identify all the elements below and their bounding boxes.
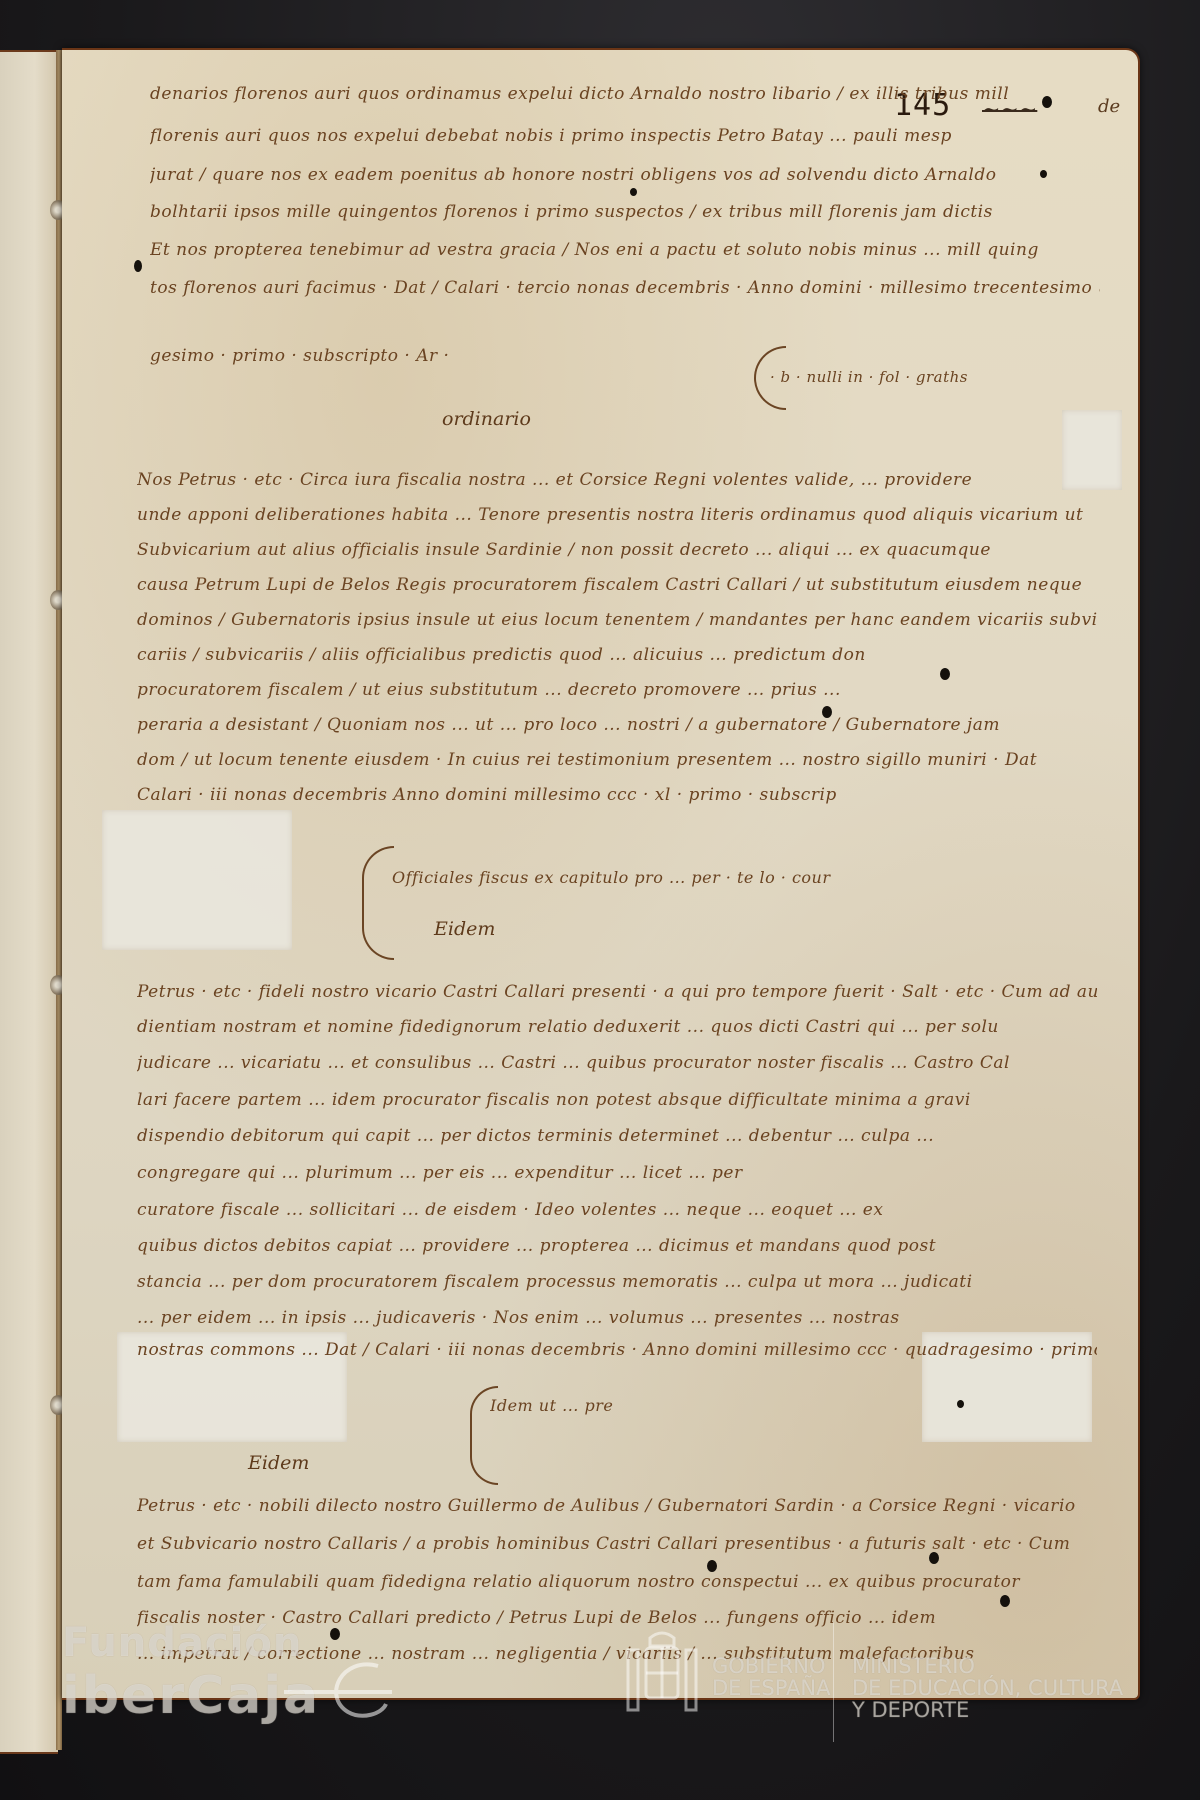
text-line: bolhtarii ipsos mille quingentos floreno… bbox=[150, 202, 1100, 222]
watermark-ministerio-line2: DE EDUCACIÓN, CULTURA bbox=[852, 1677, 1123, 1699]
wormhole bbox=[1040, 170, 1047, 178]
text-line: unde apponi deliberationes habita ... Te… bbox=[137, 505, 1097, 525]
marginal-note: Officiales fiscus ex capitulo pro ... pe… bbox=[392, 868, 972, 887]
text-line: dispendio debitorum qui capit ... per di… bbox=[137, 1126, 1097, 1146]
text-line: Nos Petrus · etc · Circa iura fiscalia n… bbox=[137, 470, 1097, 490]
text-line: peraria a desistant / Quoniam nos ... ut… bbox=[137, 715, 1097, 735]
entry-heading: ordinario bbox=[442, 408, 531, 430]
wormhole bbox=[1042, 96, 1052, 108]
text-line: denarios florenos auri quos ordinamus ex… bbox=[150, 84, 1100, 104]
watermark-fundacion: Fundación bbox=[62, 1620, 302, 1666]
watermark-ministerio-line3: Y DEPORTE bbox=[852, 1699, 1123, 1721]
wormhole bbox=[707, 1560, 717, 1572]
watermark-gobierno-line1: GOBIERNO bbox=[712, 1655, 830, 1677]
text-line: cariis / subvicariis / aliis officialibu… bbox=[137, 645, 1097, 665]
text-line: procuratorem fiscalem / ut eius substitu… bbox=[137, 680, 1097, 700]
text-line: congregare qui ... plurimum ... per eis … bbox=[137, 1163, 1097, 1183]
text-line: Et nos propterea tenebimur ad vestra gra… bbox=[150, 240, 1100, 260]
wormhole bbox=[940, 668, 950, 680]
marginal-note: · b · nulli in · fol · graths bbox=[770, 368, 1070, 386]
text-line: jurat / quare nos ex eadem poenitus ab h… bbox=[150, 165, 1100, 185]
text-line: gesimo · primo · subscripto · Ar · bbox=[150, 346, 450, 366]
marginal-note: Idem ut ... pre bbox=[490, 1396, 790, 1415]
text-line: tam fama famulabili quam fidedigna relat… bbox=[137, 1572, 1097, 1592]
watermark-ministerio-line1: MINISTERIO bbox=[852, 1655, 1123, 1677]
text-line: ... per eidem ... in ipsis ... judicaver… bbox=[137, 1308, 1097, 1328]
text-line: Subvicarium aut alius officialis insule … bbox=[137, 540, 1097, 560]
text-line: Calari · iii nonas decembris Anno domini… bbox=[137, 785, 837, 805]
text-line: Petrus · etc · nobili dilecto nostro Gui… bbox=[137, 1496, 1097, 1516]
text-line: florenis auri quos nos expelui debebat n… bbox=[150, 126, 1100, 146]
text-line: judicare ... vicariatu ... et consulibus… bbox=[137, 1053, 1097, 1073]
text-line: nostras commons ... Dat / Calari · iii n… bbox=[137, 1340, 1097, 1360]
corner-mark: de bbox=[1098, 96, 1120, 117]
text-line: Petrus · etc · fideli nostro vicario Cas… bbox=[137, 982, 1097, 1002]
entry-subheading: Eidem bbox=[434, 918, 495, 940]
entry-subheading: Eidem bbox=[248, 1452, 309, 1474]
previous-leaf-edge bbox=[0, 50, 58, 1754]
ibercaja-logo-icon bbox=[282, 1656, 402, 1726]
marginal-bracket bbox=[362, 846, 394, 960]
wormhole bbox=[134, 260, 142, 272]
wormhole bbox=[1000, 1595, 1010, 1607]
text-line: quibus dictos debitos capiat ... provide… bbox=[137, 1236, 1097, 1256]
wormhole bbox=[630, 188, 637, 196]
text-line: dom / ut locum tenente eiusdem · In cuiu… bbox=[137, 750, 1097, 770]
text-line: curatore fiscale ... sollicitari ... de … bbox=[137, 1200, 1097, 1220]
text-line: dominos / Gubernatoris ipsius insule ut … bbox=[137, 610, 1097, 630]
text-line: causa Petrum Lupi de Belos Regis procura… bbox=[137, 575, 1097, 595]
wormhole bbox=[330, 1628, 340, 1640]
text-line: lari facere partem ... idem procurator f… bbox=[137, 1090, 1097, 1110]
watermark-gobierno-line2: DE ESPAÑA bbox=[712, 1677, 830, 1699]
wormhole bbox=[929, 1552, 939, 1564]
text-line: dientiam nostram et nomine fidedignorum … bbox=[137, 1017, 1097, 1037]
manuscript-folio: 145 ~~~ de denarios florenos auri quos o… bbox=[62, 48, 1140, 1700]
watermark-divider bbox=[833, 1622, 834, 1742]
wormhole bbox=[957, 1400, 964, 1408]
text-line: stancia ... per dom procuratorem fiscale… bbox=[137, 1272, 1097, 1292]
paper-repair-patch bbox=[102, 810, 292, 950]
text-line: tos florenos auri facimus · Dat / Calari… bbox=[150, 278, 1100, 298]
spain-coat-of-arms-icon bbox=[622, 1628, 702, 1723]
watermark-gobierno: GOBIERNO DE ESPAÑA bbox=[712, 1655, 830, 1699]
text-line: et Subvicario nostro Callaris / a probis… bbox=[137, 1534, 1097, 1554]
wormhole bbox=[822, 706, 832, 718]
watermark-ministerio: MINISTERIO DE EDUCACIÓN, CULTURA Y DEPOR… bbox=[852, 1655, 1123, 1721]
